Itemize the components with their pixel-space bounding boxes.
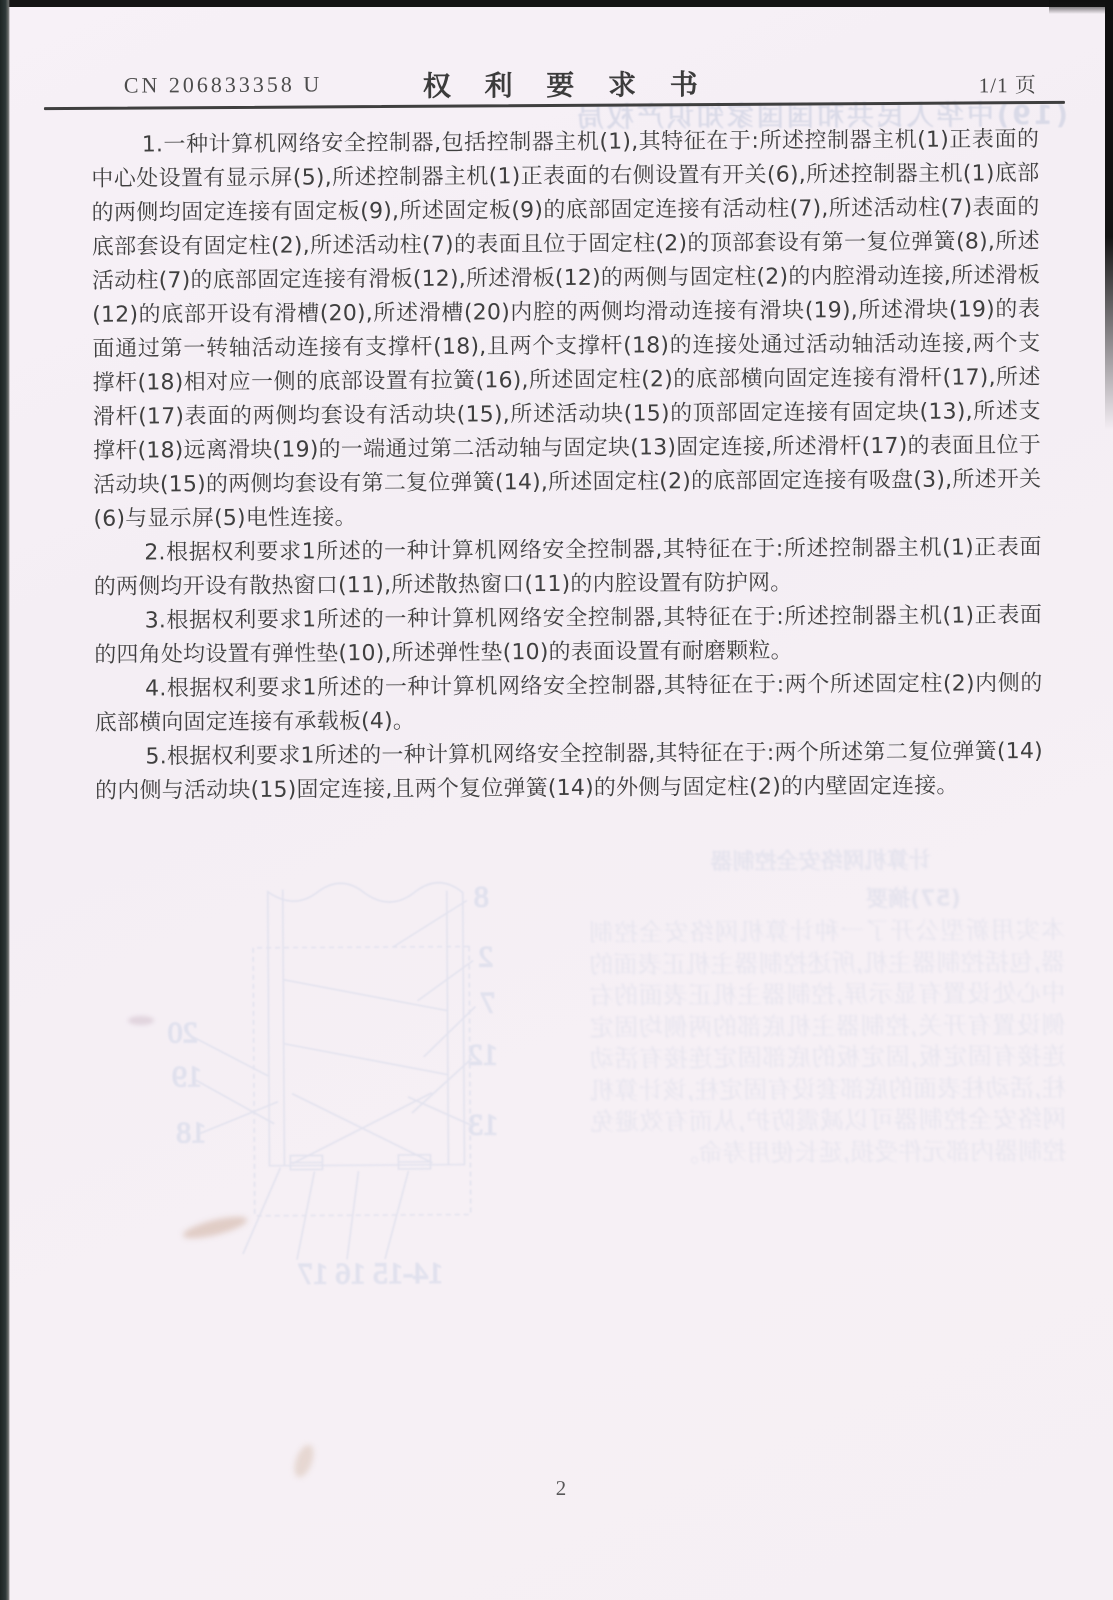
scan-edge-corner	[1049, 0, 1113, 14]
page-title: 权 利 要 求 书	[423, 63, 710, 105]
page-content: (19)中华人民共和国国家知识产权局 计算机网络安全控制器 (57)摘要 本实用…	[0, 0, 1113, 1600]
figure-label-7: 7	[480, 986, 495, 1019]
scanned-patent-page: (19)中华人民共和国国家知识产权局 计算机网络安全控制器 (57)摘要 本实用…	[0, 0, 1113, 1600]
figure-label-12: 12	[468, 1038, 498, 1071]
page-number: 2	[4, 1473, 1113, 1505]
figure-body-outline	[268, 883, 465, 1166]
claim-4: 4.根据权利要求1所述的一种计算机网络安全控制器,其特征在于:两个所述固定柱(2…	[94, 667, 1042, 741]
claims-body: 1.一种计算机网络安全控制器,包括控制器主机(1),其特征在于:所述控制器主机(…	[91, 123, 1043, 809]
figure-label-19: 19	[172, 1060, 202, 1093]
scan-edge-right	[1105, 0, 1113, 430]
document-number: CN 206833358 U	[124, 71, 323, 98]
scan-edge-top	[0, 0, 1113, 7]
figure-caption: 14-15 16 17	[298, 1257, 443, 1291]
figure-label-18: 18	[176, 1116, 206, 1149]
figure-label-20: 20	[168, 1016, 198, 1049]
bleedthrough-title-line: 计算机网络安全控制器	[700, 844, 940, 876]
bleedthrough-abstract-text: 本实用新型公开了一种计算机网络安全控制器,包括控制器主机,所述控制器主机正表面的…	[589, 915, 1067, 1170]
claim-1: 1.一种计算机网络安全控制器,包括控制器主机(1),其特征在于:所述控制器主机(…	[91, 123, 1041, 537]
figure-label-8: 8	[474, 880, 489, 913]
paper-smudge	[128, 1016, 154, 1025]
claim-2: 2.根据权利要求1所述的一种计算机网络安全控制器,其特征在于:所述控制器主机(1…	[94, 531, 1042, 605]
claim-3: 3.根据权利要求1所述的一种计算机网络安全控制器,其特征在于:所述控制器主机(1…	[94, 599, 1042, 673]
claim-5: 5.根据权利要求1所述的一种计算机网络安全控制器,其特征在于:两个所述第二复位弹…	[95, 735, 1043, 809]
figure-label-13: 13	[468, 1108, 498, 1141]
page-indicator: 1/1 页	[979, 69, 1037, 99]
scan-edge-left	[0, 0, 10, 1600]
bleedthrough-abstract-label: (57)摘要	[841, 882, 961, 914]
figure-label-2: 2	[478, 940, 493, 973]
